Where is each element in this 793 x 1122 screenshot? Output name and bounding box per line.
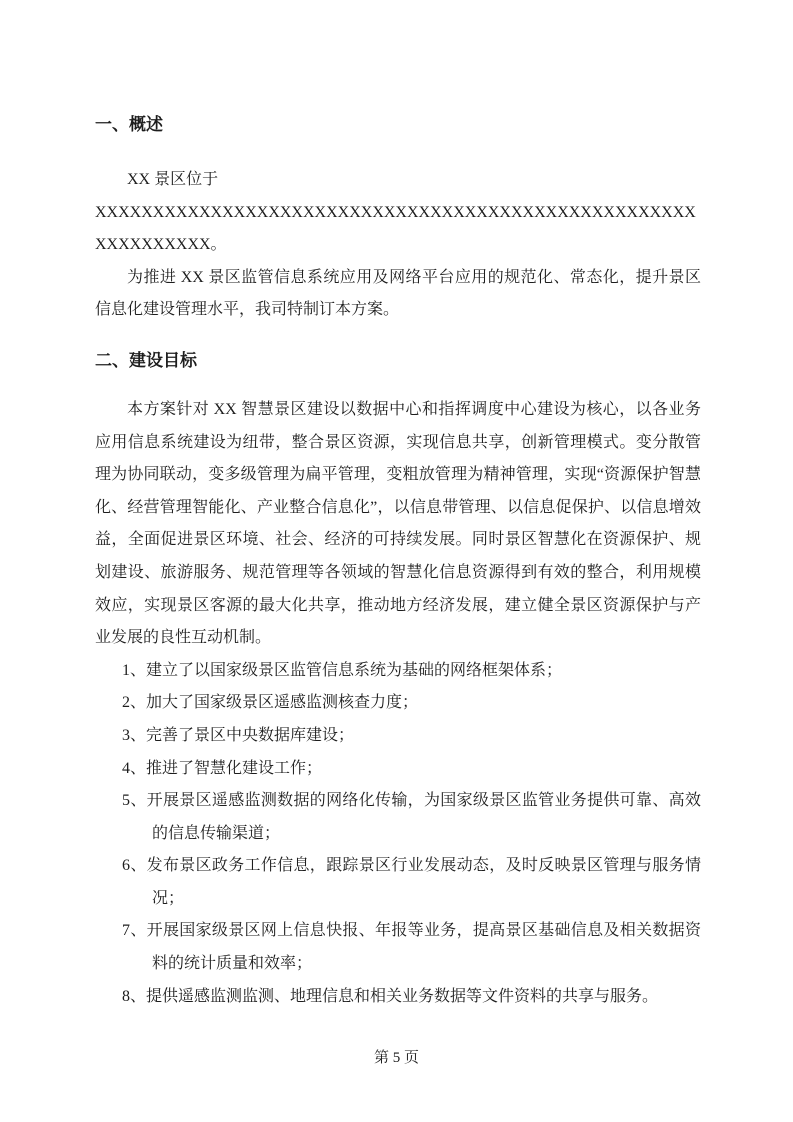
goal-item: 1、建立了以国家级景区监管信息系统为基础的网络框架体系； <box>95 655 701 688</box>
overview-location-line: XX 景区位于 <box>95 164 701 197</box>
goals-intro-paragraph: 本方案针对 XX 智慧景区建设以数据中心和指挥调度中心建设为核心，以各业务应用信… <box>95 394 701 655</box>
document-content: 一、概述 XX 景区位于 XXXXXXXXXXXXXXXXXXXXXXXXXXX… <box>95 112 701 1013</box>
goal-item: 4、推进了智慧化建设工作； <box>95 753 701 786</box>
section-goals-heading: 二、建设目标 <box>95 348 701 374</box>
goal-item: 5、开展景区遥感监测数据的网络化传输，为国家级景区监管业务提供可靠、高效的信息传… <box>95 785 701 850</box>
goal-item: 7、开展国家级景区网上信息快报、年报等业务，提高景区基础信息及相关数据资料的统计… <box>95 915 701 980</box>
overview-placeholder-paragraph: XXXXXXXXXXXXXXXXXXXXXXXXXXXXXXXXXXXXXXXX… <box>95 197 701 262</box>
page-footer: 第 5 页 <box>0 1048 793 1068</box>
goal-item: 2、加大了国家级景区遥感监测核查力度； <box>95 687 701 720</box>
document-page: 一、概述 XX 景区位于 XXXXXXXXXXXXXXXXXXXXXXXXXXX… <box>0 0 793 1122</box>
goal-item: 6、发布景区政务工作信息，跟踪景区行业发展动态，及时反映景区管理与服务情况； <box>95 850 701 915</box>
goals-list: 1、建立了以国家级景区监管信息系统为基础的网络框架体系； 2、加大了国家级景区遥… <box>95 655 701 1014</box>
overview-purpose-paragraph: 为推进 XX 景区监管信息系统应用及网络平台应用的规范化、常态化，提升景区信息化… <box>95 262 701 327</box>
page-number: 第 5 页 <box>374 1050 419 1066</box>
goal-item: 3、完善了景区中央数据库建设； <box>95 720 701 753</box>
section-overview-heading: 一、概述 <box>95 112 701 138</box>
goal-item: 8、提供遥感监测监测、地理信息和相关业务数据等文件资料的共享与服务。 <box>95 981 701 1014</box>
